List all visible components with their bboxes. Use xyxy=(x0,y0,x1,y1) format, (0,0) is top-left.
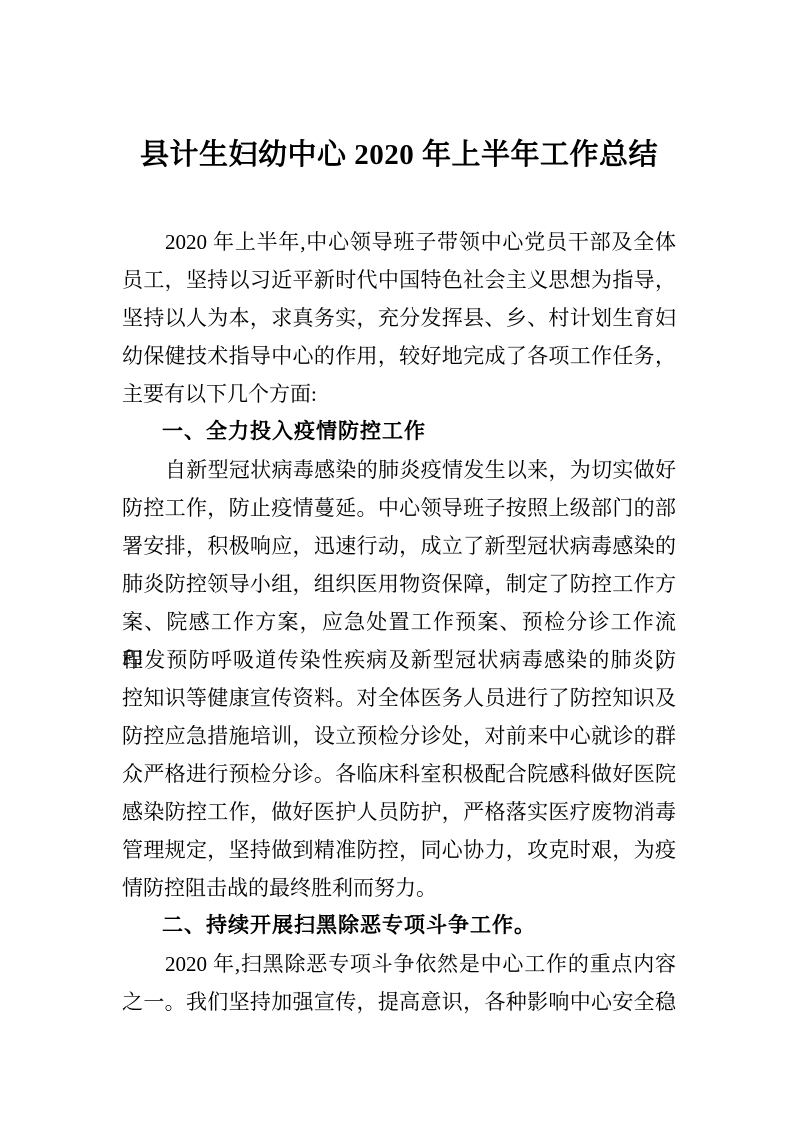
text-line: 2020 年,扫黑除恶专项斗争依然是中心工作的重点内容 xyxy=(122,945,676,983)
text-line: 控知识等健康宣传资料。对全体医务人员进行了防控知识及 xyxy=(122,679,676,717)
text-line: 2020 年上半年,中心领导班子带领中心党员干部及全体 xyxy=(122,223,676,261)
text-line: 员工，坚持以习近平新时代中国特色社会主义思想为指导， xyxy=(122,261,676,299)
text-line: 自新型冠状病毒感染的肺炎疫情发生以来，为切实做好 xyxy=(122,451,676,489)
text-line: 署安排，积极响应，迅速行动，成立了新型冠状病毒感染的 xyxy=(122,527,676,565)
text-line: 之一。我们坚持加强宣传，提高意识，各种影响中心安全稳 xyxy=(122,983,676,1021)
text-line: 坚持以人为本，求真务实，充分发挥县、乡、村计划生育妇 xyxy=(122,299,676,337)
text-line: 印发预防呼吸道传染性疾病及新型冠状病毒感染的肺炎防 xyxy=(122,641,676,679)
section-heading-2: 二、持续开展扫黑除恶专项斗争工作。 xyxy=(122,907,676,945)
section-heading-1: 一、全力投入疫情防控工作 xyxy=(122,413,676,451)
text-line: 感染防控工作，做好医护人员防护，严格落实医疗废物消毒 xyxy=(122,793,676,831)
text-line: 主要有以下几个方面: xyxy=(122,375,676,413)
title-spacer xyxy=(122,175,676,223)
text-line: 幼保健技术指导中心的作用，较好地完成了各项工作任务， xyxy=(122,337,676,375)
text-line: 肺炎防控领导小组，组织医用物资保障，制定了防控工作方 xyxy=(122,565,676,603)
text-line: 防控工作，防止疫情蔓延。中心领导班子按照上级部门的部 xyxy=(122,489,676,527)
text-line: 管理规定，坚持做到精准防控，同心协力，攻克时艰，为疫 xyxy=(122,831,676,869)
text-line: 案、院感工作方案，应急处置工作预案、预检分诊工作流程， xyxy=(122,603,676,641)
document-title: 县计生妇幼中心 2020 年上半年工作总结 xyxy=(122,135,676,175)
text-line: 情防控阻击战的最终胜利而努力。 xyxy=(122,869,676,907)
document-content: 县计生妇幼中心 2020 年上半年工作总结 2020 年上半年,中心领导班子带领… xyxy=(122,135,676,1021)
text-line: 防控应急措施培训，设立预检分诊处，对前来中心就诊的群 xyxy=(122,717,676,755)
text-line: 众严格进行预检分诊。各临床科室积极配合院感科做好医院 xyxy=(122,755,676,793)
document-page: 县计生妇幼中心 2020 年上半年工作总结 2020 年上半年,中心领导班子带领… xyxy=(0,0,793,1122)
